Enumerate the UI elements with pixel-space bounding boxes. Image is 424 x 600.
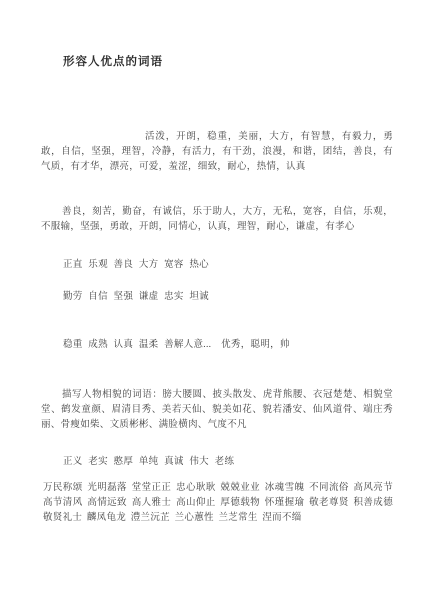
document-page: 形容人优点的词语 活泼，开朗，稳重，美丽，大方，有智慧，有毅力，勇敢，自信，坚强… [0, 0, 424, 600]
word-list-line-1: 正直 乐观 善良 大方 宽容 热心 [63, 258, 209, 273]
paragraph-positive-words-1: 活泼，开朗，稳重，美丽，大方，有智慧，有毅力，勇敢，自信，坚强，理智，冷静，有活… [41, 130, 393, 176]
word-list-line-4: 正义 老实 憨厚 单纯 真诚 伟大 老练 [63, 455, 234, 470]
word-list-line-3: 稳重 成熟 认真 温柔 善解人意... 优秀，聪明，帅 [63, 338, 290, 353]
paragraph-positive-words-2: 善良，刻苦，勤奋，有诚信，乐于助人，大方，无私，宽容，自信，乐观，不服输，坚强，… [41, 205, 393, 235]
page-title: 形容人优点的词语 [63, 55, 163, 69]
word-list-line-2: 勤劳 自信 坚强 谦虚 忠实 坦诚 [63, 290, 209, 305]
paragraph-appearance-words: 描写人物相貌的词语：膀大腰圆、披头散发、虎背熊腰、衣冠楚楚、相貌堂堂、鹤发童颜、… [41, 388, 393, 434]
paragraph-idioms: 万民称颂 光明磊落 堂堂正正 忠心耿耿 兢兢业业 冰魂雪魄 不同流俗 高风亮节 … [43, 481, 393, 527]
